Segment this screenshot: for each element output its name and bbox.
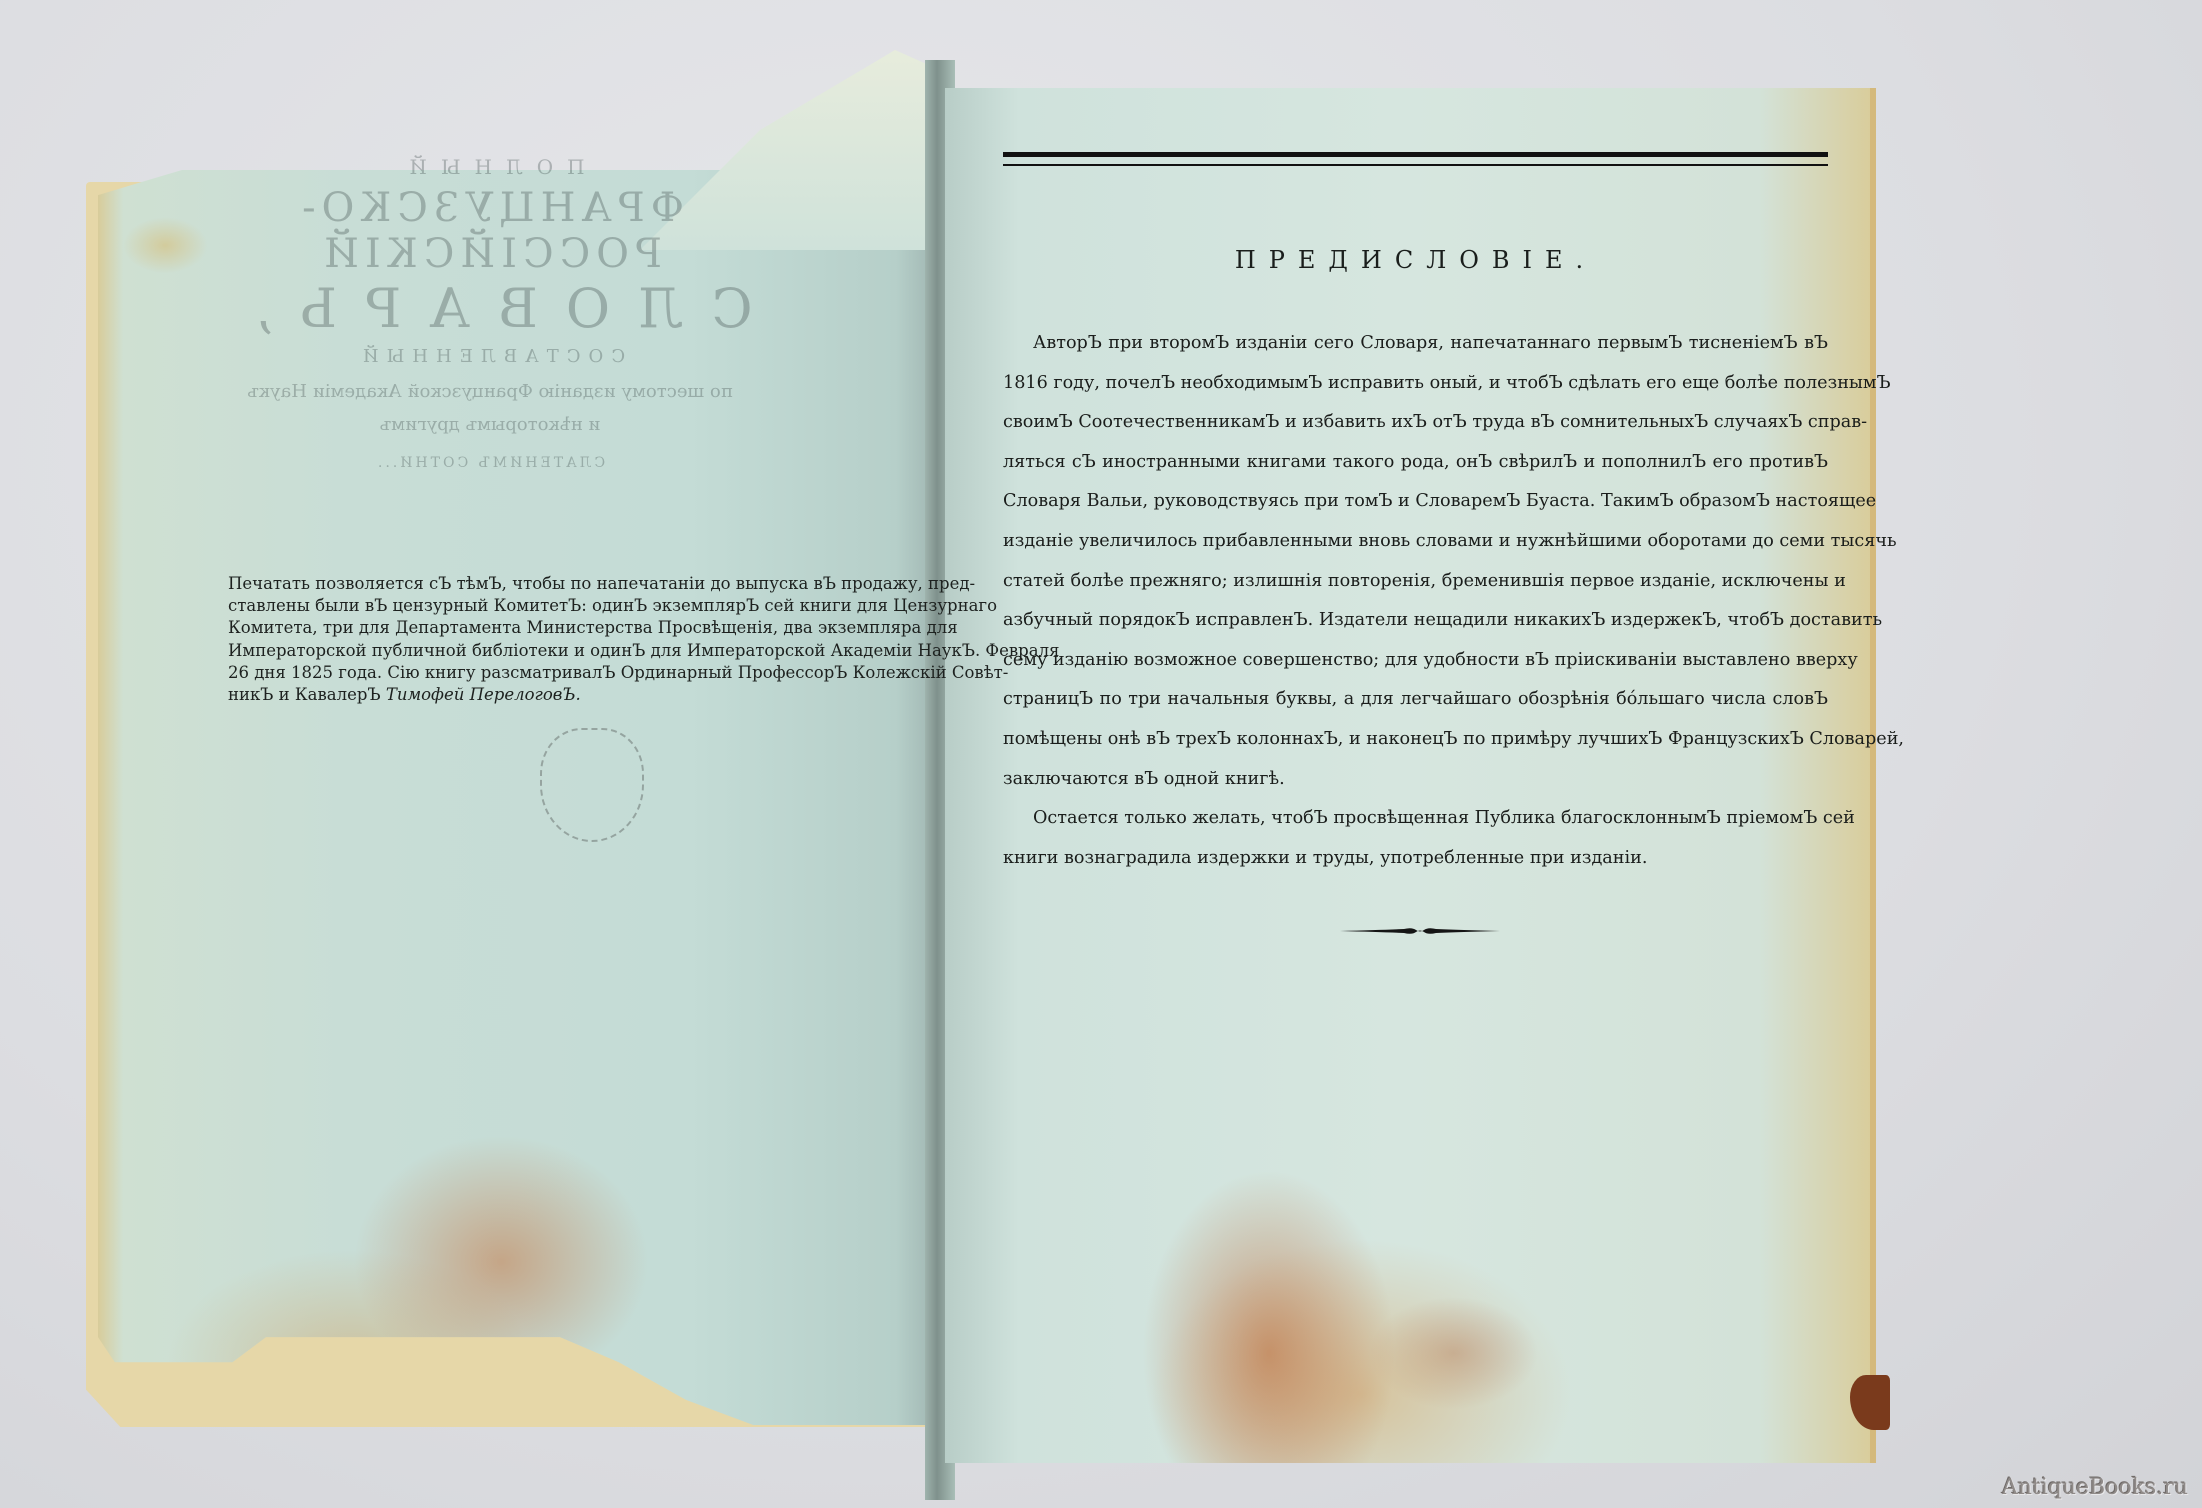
preface-line: статей болѣе прежняго; излишнія повторен… [1003, 562, 1828, 602]
preface-line: книги вознаградила издержки и труды, упо… [1003, 839, 1828, 879]
printer-vignette-ghost [540, 728, 644, 842]
preface-line: изданіе увеличилось прибавленными вновь … [1003, 522, 1828, 562]
preface-line: своимЪ СоотечественникамЪ и избавить ихЪ… [1003, 403, 1828, 443]
book-photo: ПОЛНЫЙ ФРАНЦУЗСКО-РОССІЙСКІЙ СЛОВАРЬ, СО… [0, 0, 2202, 1508]
note-line: Комитета, три для Департамента Министерс… [228, 617, 938, 639]
preface-line: сему изданію возможное совершенство; для… [1003, 641, 1828, 681]
preface-line: 1816 году, почелЪ необходимымЪ исправить… [1003, 364, 1828, 404]
double-rule [1003, 152, 1828, 166]
note-line: ставлены были вЪ цензурный КомитетЪ: оди… [228, 595, 938, 617]
preface-line: страницЪ по три начальныя буквы, а для л… [1003, 680, 1828, 720]
preface-line: Словаря Вальи, руководствуясь при томЪ и… [1003, 482, 1828, 522]
ornament-divider-icon [1340, 926, 1500, 936]
note-line: 26 дня 1825 года. Сію книгу разсматривал… [228, 662, 938, 684]
preface-line: заключаются вЪ одной книгѣ. [1003, 760, 1828, 800]
preface-line: Остается только желать, чтобЪ просвѣщенн… [1003, 799, 1828, 839]
preface-line: АвторЪ при второмЪ изданіи сего Словаря,… [1003, 324, 1828, 364]
note-line: никЪ и КавалерЪ [228, 685, 381, 704]
censor-signature: Тимофей ПерелоговЪ. [386, 685, 581, 704]
watermark: AntiqueBooks.ru [2002, 1475, 2188, 1500]
show-through-title: ПОЛНЫЙ ФРАНЦУЗСКО-РОССІЙСКІЙ СЛОВАРЬ, СО… [180, 155, 800, 471]
note-line: Императорской публичной библіотеки и оди… [228, 640, 938, 662]
preface-line: ляться сЪ иностранными книгами такого ро… [1003, 443, 1828, 483]
preface-line: помѣщены онѣ вЪ трехЪ колоннахЪ, и након… [1003, 720, 1828, 760]
preface-line: азбучный порядокЪ исправленЪ. Издатели н… [1003, 601, 1828, 641]
preface-text: АвторЪ при второмЪ изданіи сего Словаря,… [1003, 324, 1828, 878]
censorship-note: Печатать позволяется сЪ тѣмЪ, чтобы по н… [228, 573, 938, 706]
preface-heading: ПРЕДИСЛОВІЕ. [1003, 246, 1828, 274]
note-line: Печатать позволяется сЪ тѣмЪ, чтобы по н… [228, 573, 938, 595]
